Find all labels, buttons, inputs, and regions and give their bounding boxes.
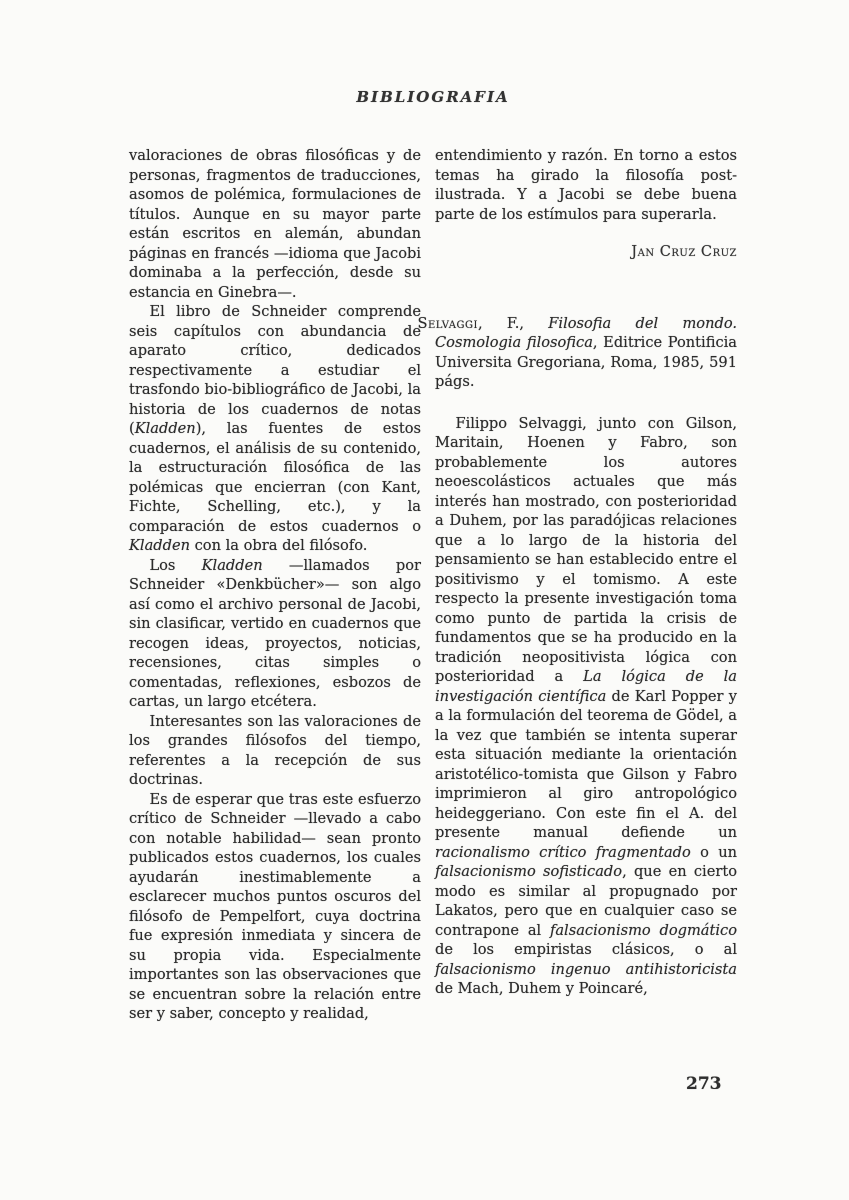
italic-text-run: Kladden <box>129 537 190 554</box>
paragraph: Los Kladden —llamados por Schneider «Den… <box>129 556 421 712</box>
right-column: entendimiento y razón. En torno a estos … <box>435 146 737 1024</box>
paragraph: Filippo Selvaggi, junto con Gilson, Mari… <box>435 414 737 999</box>
text-columns: valoraciones de obras filosóficas y de p… <box>129 146 737 1024</box>
scanned-book-page: BIBLIOGRAFIA valoraciones de obras filos… <box>0 0 849 1200</box>
text-run: ), las fuentes de estos cuadernos, el an… <box>129 420 421 535</box>
italic-text-run: Kladden <box>135 420 196 437</box>
left-column: valoraciones de obras filosóficas y de p… <box>129 146 421 1024</box>
text-run: El libro de Schneider comprende seis cap… <box>129 303 421 437</box>
text-run: Es de esperar que tras este esfuerzo crí… <box>129 791 421 1023</box>
text-run: Filippo Selvaggi, junto con Gilson, Mari… <box>435 415 737 686</box>
paragraph: entendimiento y razón. En torno a estos … <box>435 146 737 224</box>
text-run: , F., <box>478 315 548 332</box>
small-caps-text-run: Selvaggi <box>417 315 477 332</box>
reviewer-signature: Jan Cruz Cruz <box>435 242 737 262</box>
paragraph: El libro de Schneider comprende seis cap… <box>129 302 421 556</box>
paragraph: Interesantes son las valoraciones de los… <box>129 712 421 790</box>
text-run: valoraciones de obras filosóficas y de p… <box>129 147 421 301</box>
italic-text-run: racionalismo crítico fragmentado <box>435 844 691 861</box>
text-run: de Mach, Duhem y Poincaré, <box>435 980 648 997</box>
italic-text-run: falsacionismo ingenuo antihistoricista <box>435 961 737 978</box>
small-caps-text-run: Jan Cruz Cruz <box>631 243 737 260</box>
text-run: Los <box>149 557 201 574</box>
text-run: —llamados por Schneider «Denkbücher»— so… <box>129 557 421 711</box>
bibliography-entry: Selvaggi, F., Filosofia del mondo. Cosmo… <box>435 314 737 392</box>
page-number: 273 <box>686 1074 722 1094</box>
text-run: entendimiento y razón. En torno a estos … <box>435 147 737 223</box>
text-run: con la obra del filósofo. <box>190 537 367 554</box>
text-run: de Karl Popper y a la formulación del te… <box>435 688 737 842</box>
text-run: de los empiristas clásicos, o al <box>435 941 737 958</box>
italic-text-run: Kladden <box>202 557 263 574</box>
italic-text-run: falsacionismo dogmático <box>550 922 737 939</box>
paragraph: valoraciones de obras filosóficas y de p… <box>129 146 421 302</box>
text-run: o un <box>691 844 737 861</box>
italic-text-run: falsacionismo sofisticado <box>435 863 622 880</box>
paragraph: Es de esperar que tras este esfuerzo crí… <box>129 790 421 1024</box>
running-head: BIBLIOGRAFIA <box>129 88 737 106</box>
text-run: Interesantes son las valoraciones de los… <box>129 713 421 789</box>
